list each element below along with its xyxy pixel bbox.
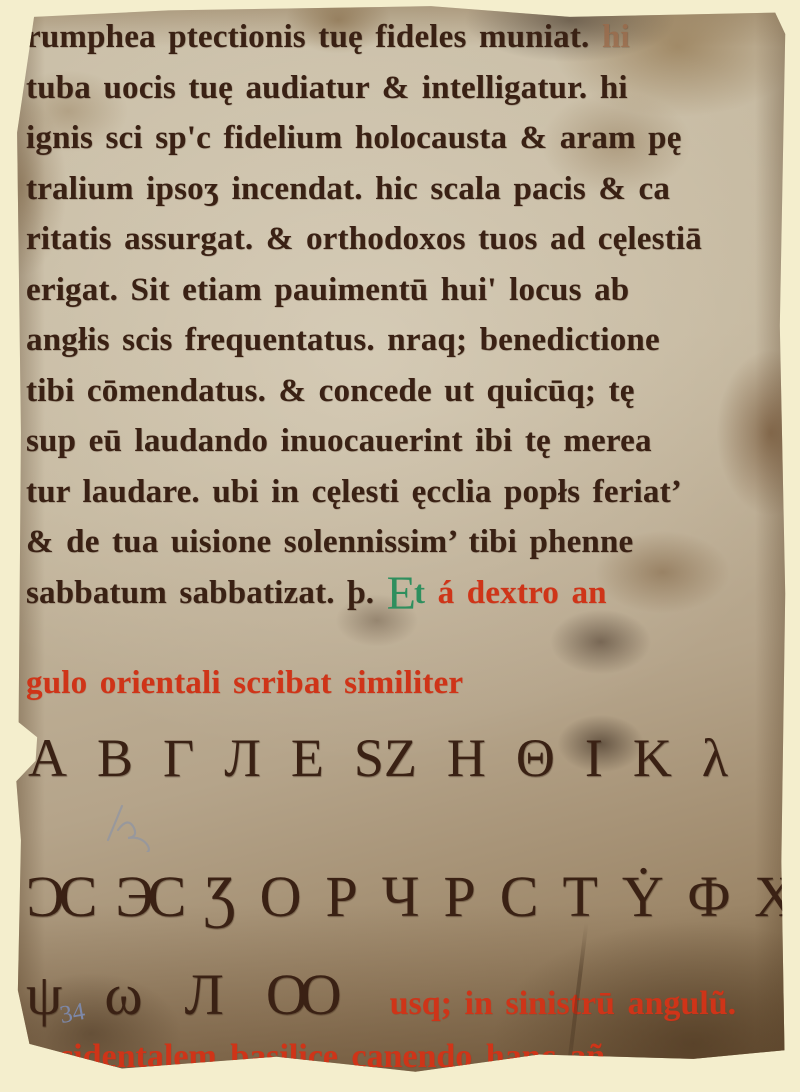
body-text: ritatis assurgat. & orthodoxos tuos ad c… [26,221,702,257]
alphabet-letter: T [562,851,597,943]
alphabet-letter: A [28,715,67,801]
rubric-text: gulo orientali scribat similiter [26,665,463,701]
body-text: & de tua uisione solennissim’ tibi phenn… [26,524,633,560]
text-line: ritatis assurgat. & orthodoxos tuos ad c… [26,214,782,265]
text-line: gulo orientali scribat similiter [26,658,782,709]
body-text: hi [590,19,630,55]
body-text: t [414,575,438,611]
alphabet-letter: OO [266,957,334,1033]
body-text: sup eū laudando inuocauerint ibi tę mere… [26,423,652,459]
pencil-note: 34 [58,998,87,1030]
alphabet-letter: ω [104,957,142,1033]
alphabet-letter: E [291,715,324,801]
alphabet-row-3: ψωЛOOusq; in sinistrū angulũ. [26,957,782,1033]
alphabet-letter: Ẏ [622,851,664,943]
alphabet-letter: B [97,715,133,801]
text-line: & de tua uisione solennissim’ tibi phenn… [26,517,782,568]
manuscript-lines: rumphea ptectionis tuę fideles muniat. h… [26,12,782,709]
text-line: tralium ipsoʒ incendat. hic scala pacis … [26,164,782,215]
text-line: rumphea ptectionis tuę fideles muniat. h… [26,12,782,63]
text-line: angłis scis frequentatus. nraq; benedict… [26,315,782,366]
body-text: tuba uocis tuę audiatur & intelligatur. … [26,70,628,106]
body-text: ignis sci sp'c fidelium holocausta & ara… [26,120,682,156]
bottom-rubric-line: occidentalem basilicę canendo hanc añ [26,1037,782,1077]
body-text: tur laudare. ubi in cęlesti ęcclia popłs… [26,474,682,510]
alphabet-letter: C [500,851,539,943]
body-text: erigat. Sit etiam pauimentū hui' locus a… [26,272,629,308]
alphabet-letter: Ч [382,851,420,943]
body-text: rumphea ptectionis tuę fideles muniat. [26,19,590,55]
alphabet-letter: Л [185,957,224,1033]
alphabet-row-2: ƆCЭСƷOPЧPCTẎΦX [26,851,782,943]
text-line: tuba uocis tuę audiatur & intelligatur. … [26,63,782,114]
illuminated-initial: E [387,567,414,620]
alphabet-letter: I [585,715,603,801]
alphabet-row-1: ABΓЛESZHΘIKλ [26,715,782,801]
rubric-text: usq; in sinistrū angulũ. [390,966,737,1042]
text-line: ignis sci sp'c fidelium holocausta & ara… [26,113,782,164]
rubric-text: á dextro an [438,575,607,611]
alphabet-letter: O [260,851,302,943]
text-line: tibi cōmendatus. & concede ut quicūq; tę [26,366,782,417]
alphabet-letter: Φ [688,851,730,943]
alphabet-letter: Ʒ [204,851,235,943]
alphabet-letter: ƆC [26,851,91,943]
pencil-scribble [102,800,162,852]
alphabet-letter: K [633,715,672,801]
alphabet-letter: SZ [354,715,417,801]
text-line: sabbatum sabbatizat. þ. Et á dextro an [26,568,782,619]
alphabet-letter: H [447,715,486,801]
alphabet-letter: ψ [26,957,62,1033]
text-line: tur laudare. ubi in cęlesti ęcclia popłs… [26,467,782,518]
text-line: erigat. Sit etiam pauimentū hui' locus a… [26,265,782,316]
body-text: tibi cōmendatus. & concede ut quicūq; tę [26,373,635,409]
alphabet-letter: Γ [163,715,194,801]
alphabet-letter: X [754,851,786,943]
body-text: tralium ipsoʒ incendat. hic scala pacis … [26,171,670,207]
alphabet-letter: P [443,851,475,943]
manuscript-text: rumphea ptectionis tuę fideles muniat. h… [26,12,782,1076]
alphabet-letter: λ [702,715,728,801]
text-line: sup eū laudando inuocauerint ibi tę mere… [26,416,782,467]
parchment-fragment: rumphea ptectionis tuę fideles muniat. h… [14,4,786,1076]
alphabet-letter: Л [224,715,261,801]
alphabet-letter: Θ [516,715,555,801]
alphabet-letter: P [326,851,358,943]
body-text: sabbatum sabbatizat. þ. [26,575,387,611]
alphabet-letter: ЭС [115,851,180,943]
body-text: angłis scis frequentatus. nraq; benedict… [26,322,660,358]
